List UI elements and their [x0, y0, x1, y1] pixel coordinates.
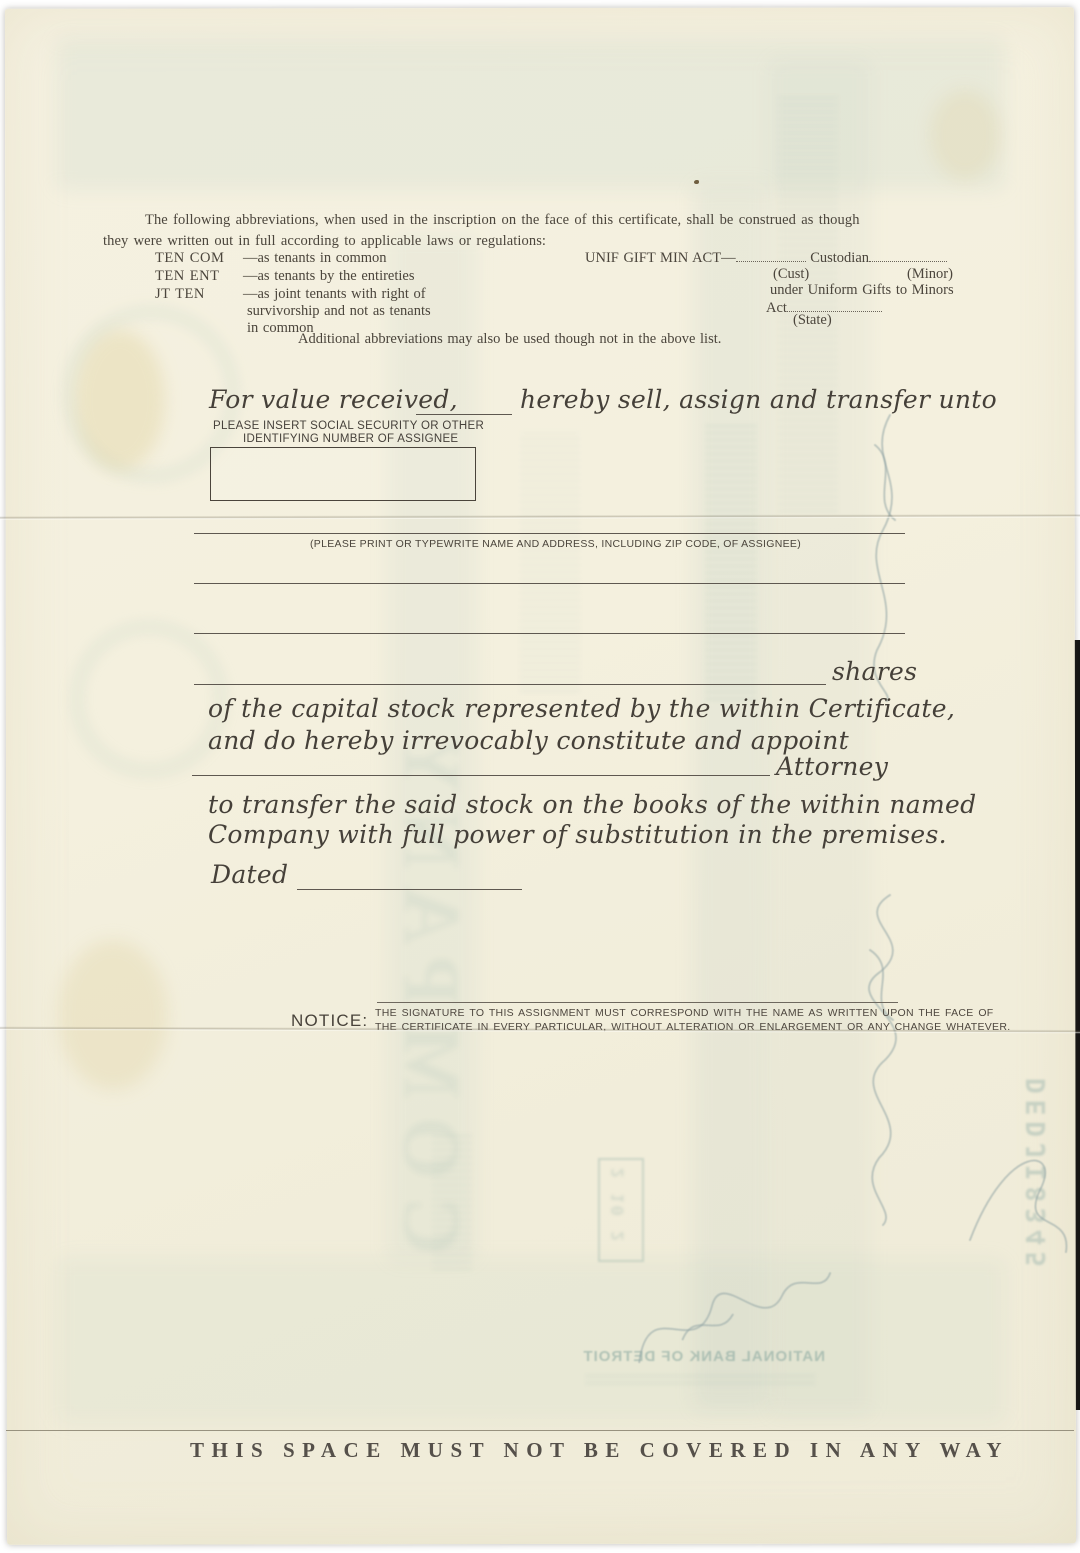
- assignment-para2: and do hereby irrevocably constitute and…: [208, 726, 849, 755]
- shares-text: shares: [832, 657, 917, 686]
- abbrev-jt-ten: JT TEN—as joint tenants with right of: [155, 286, 426, 303]
- ssn-label-line2: IDENTIFYING NUMBER OF ASSIGNEE: [243, 433, 458, 445]
- notice-line1: THE SIGNATURE TO THIS ASSIGNMENT MUST CO…: [375, 1007, 994, 1019]
- abbrev-ten-ent-desc: —as tenants by the entireties: [243, 268, 415, 284]
- unif-gift-label: UNIF GIFT MIN ACT—: [585, 250, 736, 266]
- print-name-address-label: (PLEASE PRINT OR TYPEWRITE NAME AND ADDR…: [292, 538, 819, 550]
- abbrev-ten-ent-code: TEN ENT: [155, 268, 243, 285]
- ssn-entry-box: [210, 447, 476, 501]
- abbrev-ten-com: TEN COM—as tenants in common: [155, 250, 387, 267]
- assignment-para3: to transfer the said stock on the books …: [208, 790, 976, 819]
- address-line-1: [194, 533, 905, 534]
- unif-cust-caption: (Cust): [773, 266, 809, 283]
- signature-line: [377, 1002, 898, 1003]
- hereby-sell-text: hereby sell, assign and transfer unto: [520, 385, 997, 414]
- dotted-leader: [736, 248, 806, 262]
- abbrev-ten-com-code: TEN COM: [155, 250, 243, 267]
- notice-line2: THE CERTIFICATE IN EVERY PARTICULAR, WIT…: [375, 1021, 1010, 1033]
- dotted-leader: [869, 248, 947, 262]
- assignment-para4: Company with full power of substitution …: [208, 820, 947, 849]
- dated-label: Dated: [211, 860, 288, 889]
- abbrev-jt-ten-cont1: survivorship and not as tenants: [247, 303, 431, 320]
- abbreviations-intro-line2: they were written out in full according …: [103, 233, 546, 250]
- abbrev-jt-ten-desc: —as joint tenants with right of: [243, 286, 426, 302]
- abbrev-ten-com-desc: —as tenants in common: [243, 250, 387, 266]
- abbreviations-intro-line1: The following abbreviations, when used i…: [145, 212, 860, 229]
- abbrev-ten-ent: TEN ENT—as tenants by the entireties: [155, 268, 415, 285]
- shares-blank-line: [194, 684, 826, 685]
- ssn-label-line1: PLEASE INSERT SOCIAL SECURITY OR OTHER: [213, 420, 484, 432]
- unif-state-caption: (State): [793, 312, 832, 329]
- scanned-stock-certificate-back: COMPANY NATIONAL BANK OF DETROIT DEDJI83…: [0, 0, 1080, 1553]
- unif-under-line: under Uniform Gifts to Minors: [770, 282, 954, 299]
- unif-gift-line: UNIF GIFT MIN ACT— Custodian: [585, 248, 947, 267]
- abbrev-jt-ten-code: JT TEN: [155, 286, 243, 303]
- attorney-blank-line: [192, 775, 770, 776]
- for-value-received-text: For value received,: [209, 385, 458, 414]
- address-line-3: [194, 633, 905, 634]
- attorney-text: Attorney: [776, 752, 888, 781]
- blank-line-assignor: [416, 414, 512, 415]
- unif-act-label: Act: [766, 300, 787, 316]
- dotted-leader: [787, 298, 882, 312]
- dated-blank-line: [297, 889, 522, 890]
- additional-abbreviations-note: Additional abbreviations may also be use…: [298, 331, 721, 348]
- address-line-2: [194, 583, 905, 584]
- assignment-para1: of the capital stock represented by the …: [208, 694, 955, 723]
- footer-warning-text: THIS SPACE MUST NOT BE COVERED IN ANY WA…: [190, 1438, 930, 1463]
- footer-rule: [6, 1430, 1074, 1431]
- notice-label: NOTICE:: [291, 1011, 368, 1031]
- unif-custodian-label: Custodian: [810, 250, 869, 266]
- unif-minor-caption: (Minor): [907, 266, 953, 283]
